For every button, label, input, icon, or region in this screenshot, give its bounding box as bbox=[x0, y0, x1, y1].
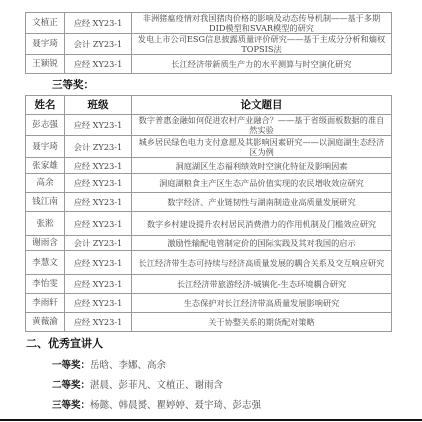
table-row: 聂宇琦会计 ZY23-1发电上市公司ESG信息披露质量评价研究——基于主成分分析… bbox=[26, 34, 392, 55]
title-cell: 长江经济带新质生产力的水平测算与时空演化研究 bbox=[132, 55, 392, 74]
name-cell: 钱江南 bbox=[26, 193, 65, 212]
table-row: 李怡雯应经 XY23-1长江经济带旅游经济-城镇化-生态环境耦合研究 bbox=[26, 275, 392, 294]
class-cell: 应经 XY23-1 bbox=[65, 55, 132, 74]
name-cell: 聂宇琦 bbox=[26, 136, 65, 158]
third-prize-table: 姓名 班级 论文题目 彭志强应经 XY23-1数字普惠金融如何促进农村产业融合？… bbox=[25, 95, 392, 332]
header-name: 姓名 bbox=[26, 96, 65, 115]
class-cell: 会计 ZY23-1 bbox=[65, 236, 132, 251]
name-cell: 李怡雯 bbox=[26, 275, 65, 294]
table-row: 李慧文应经 XY23-1长江经济带生态可持续与经济高质量发展的耦合关系及交互响应… bbox=[26, 251, 392, 275]
first-prize-names: 岳晗、李娜、高余 bbox=[90, 360, 166, 371]
class-cell: 应经 XY23-1 bbox=[65, 193, 132, 212]
table-row: 李雨轩应经 XY23-1生态保护对长江经济带高质量发展影响研究 bbox=[26, 294, 392, 313]
first-prize-label: 一等奖： bbox=[52, 360, 90, 371]
name-cell: 李雨轩 bbox=[26, 294, 65, 313]
title-cell: 洞庭湖区生态福利绩效时空演化特征及影响因素 bbox=[132, 158, 392, 174]
class-cell: 应经 XY23-1 bbox=[65, 294, 132, 313]
class-cell: 会计 ZY23-1 bbox=[65, 136, 132, 158]
name-cell: 高余 bbox=[26, 174, 65, 193]
speaker-first-prize: 一等奖：岳晗、李娜、高余 bbox=[52, 357, 166, 371]
table-row: 谢雨含会计 ZY23-1激励性输配电管制定价的国际实践及其对我国的启示 bbox=[26, 236, 392, 251]
title-cell: 数字普惠金融如何促进农村产业融合？——基于省级面板数据的准自然实验 bbox=[132, 115, 392, 136]
name-cell: 李慧文 bbox=[26, 251, 65, 275]
class-cell: 应经 XY23-1 bbox=[65, 313, 132, 332]
class-cell: 应经 XY23-1 bbox=[65, 115, 132, 136]
class-cell: 会计 ZY23-1 bbox=[65, 34, 132, 55]
class-cell: 应经 XY23-1 bbox=[65, 275, 132, 294]
second-prize-names: 湛晨、彭菲凡、文植正、谢雨含 bbox=[90, 380, 223, 391]
title-cell: 非洲猪瘟疫情对我国猪肉价格的影响及动态传导机制——基于多期DID模型和SVAR模… bbox=[132, 13, 392, 34]
third-prize-label: 三等奖： bbox=[52, 400, 90, 411]
table-row: 彭志强应经 XY23-1数字普惠金融如何促进农村产业融合？——基于省级面板数据的… bbox=[26, 115, 392, 136]
title-cell: 发电上市公司ESG信息披露质量评价研究——基于主成分分析和熵权TOPSIS法 bbox=[132, 34, 392, 55]
class-cell: 应经 XY23-1 bbox=[65, 13, 132, 34]
title-cell: 数字乡村建设提升农村居民消费潜力的作用机制及门槛效应研究 bbox=[132, 212, 392, 236]
table-row: 高余应经 XY23-1洞庭湖粮食主产区生态产品价值实现的农民增收效应研究 bbox=[26, 174, 392, 193]
name-cell: 文植正 bbox=[26, 13, 65, 34]
table-row: 文植正应经 XY23-1非洲猪瘟疫情对我国猪肉价格的影响及动态传导机制——基于多… bbox=[26, 13, 392, 34]
name-cell: 谢雨含 bbox=[26, 236, 65, 251]
second-prize-label: 二等奖： bbox=[52, 380, 90, 391]
name-cell: 王颖锐 bbox=[26, 55, 65, 74]
third-prize-names: 杨懿、韩晨赟、瞿婷婷、聂宇琦、彭志强 bbox=[90, 400, 261, 411]
title-cell: 长江经济带生态可持续与经济高质量发展的耦合关系及交互响应研究 bbox=[132, 251, 392, 275]
name-cell: 聂宇琦 bbox=[26, 34, 65, 55]
title-cell: 洞庭湖粮食主产区生态产品价值实现的农民增收效应研究 bbox=[132, 174, 392, 193]
header-title: 论文题目 bbox=[132, 96, 392, 115]
table-row: 钱江南应经 XY23-1数字经济、产业链韧性与湖南制造业高质量发展研究 bbox=[26, 193, 392, 212]
class-cell: 应经 XY23-1 bbox=[65, 251, 132, 275]
speaker-third-prize: 三等奖：杨懿、韩晨赟、瞿婷婷、聂宇琦、彭志强 bbox=[52, 397, 261, 411]
class-cell: 应经 XY23-1 bbox=[65, 158, 132, 174]
speaker-second-prize: 二等奖：湛晨、彭菲凡、文植正、谢雨含 bbox=[52, 377, 223, 391]
table-row: 王颖锐应经 XY23-1长江经济带新质生产力的水平测算与时空演化研究 bbox=[26, 55, 392, 74]
table-row: 聂宇琦会计 ZY23-1城乡居民绿色电力支付意愿及其影响因素研究——以洞庭湖生态… bbox=[26, 136, 392, 158]
name-cell: 张淞 bbox=[26, 212, 65, 236]
header-class: 班级 bbox=[65, 96, 132, 115]
title-cell: 长江经济带旅游经济-城镇化-生态环境耦合研究 bbox=[132, 275, 392, 294]
page-bottom-rule bbox=[0, 419, 422, 421]
name-cell: 彭志强 bbox=[26, 115, 65, 136]
table-row: 张淞应经 XY23-1数字乡村建设提升农村居民消费潜力的作用机制及门槛效应研究 bbox=[26, 212, 392, 236]
table-row: 黄薇渝应经 XY23-1关于协整关系的期货配对策略 bbox=[26, 313, 392, 332]
title-cell: 数字经济、产业链韧性与湖南制造业高质量发展研究 bbox=[132, 193, 392, 212]
table-header-row: 姓名 班级 论文题目 bbox=[26, 96, 392, 115]
title-cell: 城乡居民绿色电力支付意愿及其影响因素研究——以洞庭湖生态经济区为例 bbox=[132, 136, 392, 158]
title-cell: 激励性输配电管制定价的国际实践及其对我国的启示 bbox=[132, 236, 392, 251]
third-prize-heading: 三等奖： bbox=[52, 77, 94, 92]
class-cell: 应经 XY23-1 bbox=[65, 212, 132, 236]
class-cell: 应经 XY23-1 bbox=[65, 174, 132, 193]
name-cell: 黄薇渝 bbox=[26, 313, 65, 332]
name-cell: 张家雄 bbox=[26, 158, 65, 174]
section-title-speakers: 二、优秀宣讲人 bbox=[26, 335, 103, 351]
top-awards-table: 文植正应经 XY23-1非洲猪瘟疫情对我国猪肉价格的影响及动态传导机制——基于多… bbox=[25, 12, 392, 74]
title-cell: 关于协整关系的期货配对策略 bbox=[132, 313, 392, 332]
table-row: 张家雄应经 XY23-1洞庭湖区生态福利绩效时空演化特征及影响因素 bbox=[26, 158, 392, 174]
title-cell: 生态保护对长江经济带高质量发展影响研究 bbox=[132, 294, 392, 313]
